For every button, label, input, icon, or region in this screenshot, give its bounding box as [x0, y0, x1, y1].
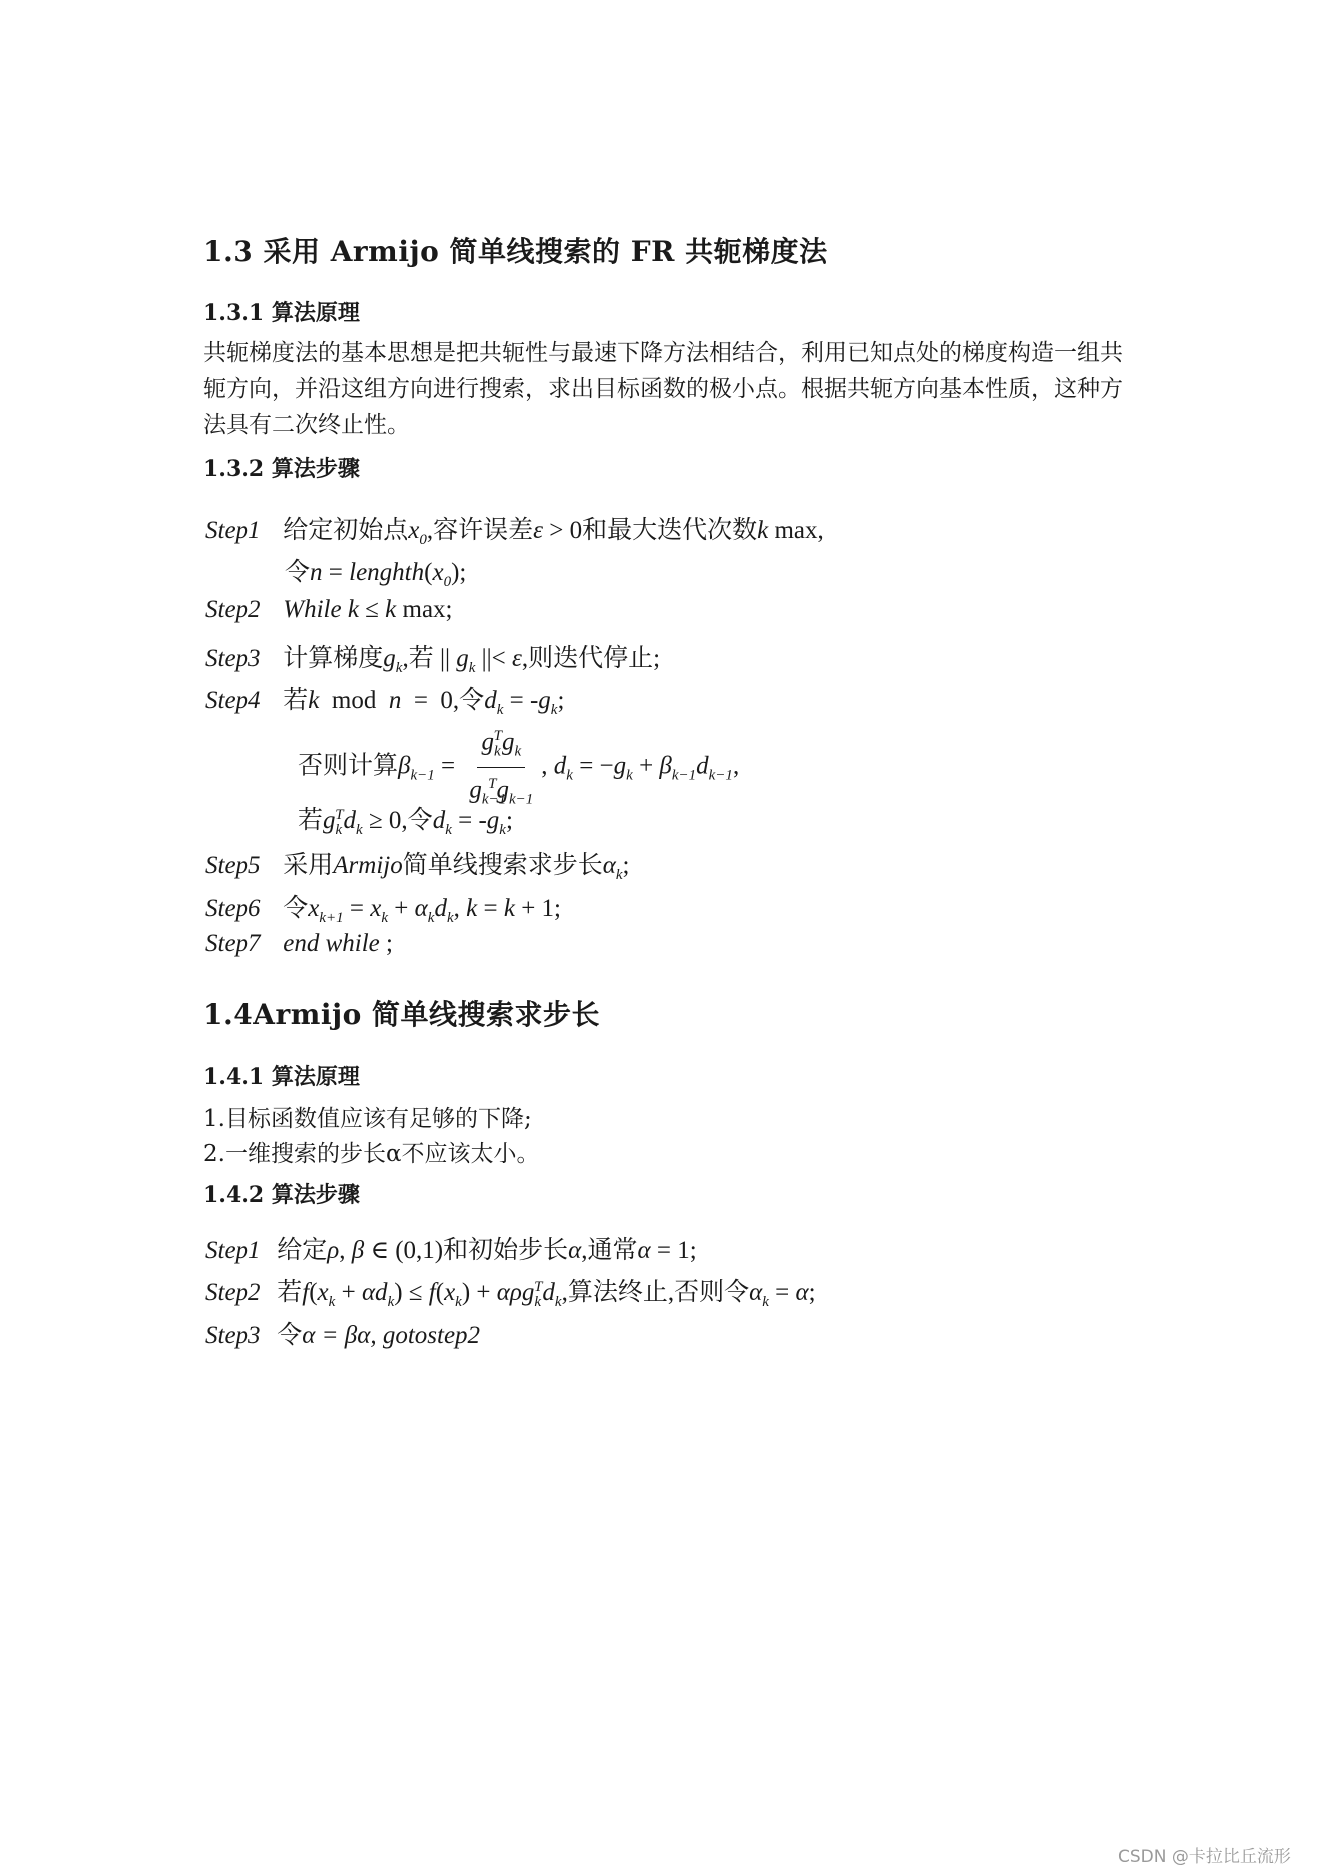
- fr-step4-check: 若gkTdk ≥ 0,令dk = -gk;: [298, 800, 513, 839]
- fr-step5: Step5 采用Armijo简单线搜索求步长αk;: [205, 845, 629, 884]
- step-label: Step4: [205, 687, 277, 715]
- step-label: Step6: [205, 895, 277, 923]
- step-text: 给定初始点: [283, 517, 408, 544]
- step-text: 令: [283, 895, 308, 922]
- subsection-title-1-4-1: 1.4.1 算法原理: [203, 1060, 360, 1091]
- step-label: Step1: [205, 1237, 271, 1265]
- step-text: 否则计算: [298, 753, 398, 780]
- step-text: 简单线搜索求步长: [403, 852, 603, 879]
- step-text: ,若: [402, 645, 433, 672]
- step-text: 和最大迭代次数: [582, 517, 757, 544]
- step-label: Step1: [205, 517, 277, 545]
- armijo-step2: Step2 若f(xk + αdk) ≤ f(xk) + αρgkTdk,算法终…: [205, 1272, 816, 1311]
- fr-step2: Step2 While k ≤ k max;: [205, 596, 453, 624]
- step-label: Step2: [205, 596, 277, 624]
- step-text: 给定: [277, 1237, 327, 1264]
- step-text: 若: [277, 1279, 302, 1306]
- step-text: ,通常: [581, 1237, 637, 1264]
- armijo-step1: Step1 给定ρ, β ∈ (0,1)和初始步长α,通常α = 1;: [205, 1230, 697, 1266]
- subsection-title-1-3-2: 1.3.2 算法步骤: [203, 452, 360, 483]
- fr-step3: Step3 计算梯度gk,若 || gk ||< ε,则迭代停止;: [205, 638, 660, 677]
- watermark: CSDN @卡拉比丘流形: [1118, 1842, 1291, 1867]
- principle-paragraph: 共轭梯度法的基本思想是把共轭性与最速下降方法相结合，利用已知点处的梯度构造一组共…: [203, 335, 1133, 443]
- step-text: ,算法终止,否则令: [562, 1279, 750, 1306]
- step-text: max,: [774, 517, 823, 544]
- armijo-step3: Step3 令α = βα, gotostep2: [205, 1315, 480, 1351]
- principle-item-1: 1.目标函数值应该有足够的下降;: [203, 1100, 532, 1133]
- step-text: α = βα, gotostep2: [302, 1322, 480, 1349]
- step-label: Step2: [205, 1279, 271, 1307]
- fr-step7: Step7 end while ;: [205, 930, 393, 958]
- subsection-title-1-4-2: 1.4.2 算法步骤: [203, 1178, 360, 1209]
- section-title-1-3: 1.3 采用 Armijo 简单线搜索的 FR 共轭梯度法: [203, 230, 828, 270]
- section-title-1-4: 1.4Armijo 简单线搜索求步长: [203, 993, 600, 1033]
- fr-step6: Step6 令xk+1 = xk + αkdk, k = k + 1;: [205, 888, 561, 927]
- step-text: 采用: [283, 852, 333, 879]
- fr-step1: Step1 给定初始点x0,容许误差ε > 0和最大迭代次数k max,: [205, 510, 824, 549]
- step-text: ,容许误差: [427, 517, 533, 544]
- step-label: Step3: [205, 1322, 271, 1350]
- principle-item-2: 2.一维搜索的步长α不应该太小。: [203, 1135, 539, 1168]
- step-text: ,则迭代停止;: [522, 645, 660, 672]
- step-text: Armijo: [333, 852, 402, 879]
- fr-step1-cont: 令n = lenghth(x0);: [285, 552, 466, 591]
- step-text: 和初始步长: [443, 1237, 568, 1264]
- step-text: 计算梯度: [283, 645, 383, 672]
- step-text: 令: [277, 1322, 302, 1349]
- document-page: 1.3 采用 Armijo 简单线搜索的 FR 共轭梯度法 1.3.1 算法原理…: [0, 0, 1323, 1871]
- subsection-title-1-3-1: 1.3.1 算法原理: [203, 296, 360, 327]
- step-label: Step3: [205, 645, 277, 673]
- step-label: Step7: [205, 930, 277, 958]
- fr-step4: Step4 若k mod n = 0,令dk = -gk;: [205, 680, 564, 719]
- step-label: Step5: [205, 852, 277, 880]
